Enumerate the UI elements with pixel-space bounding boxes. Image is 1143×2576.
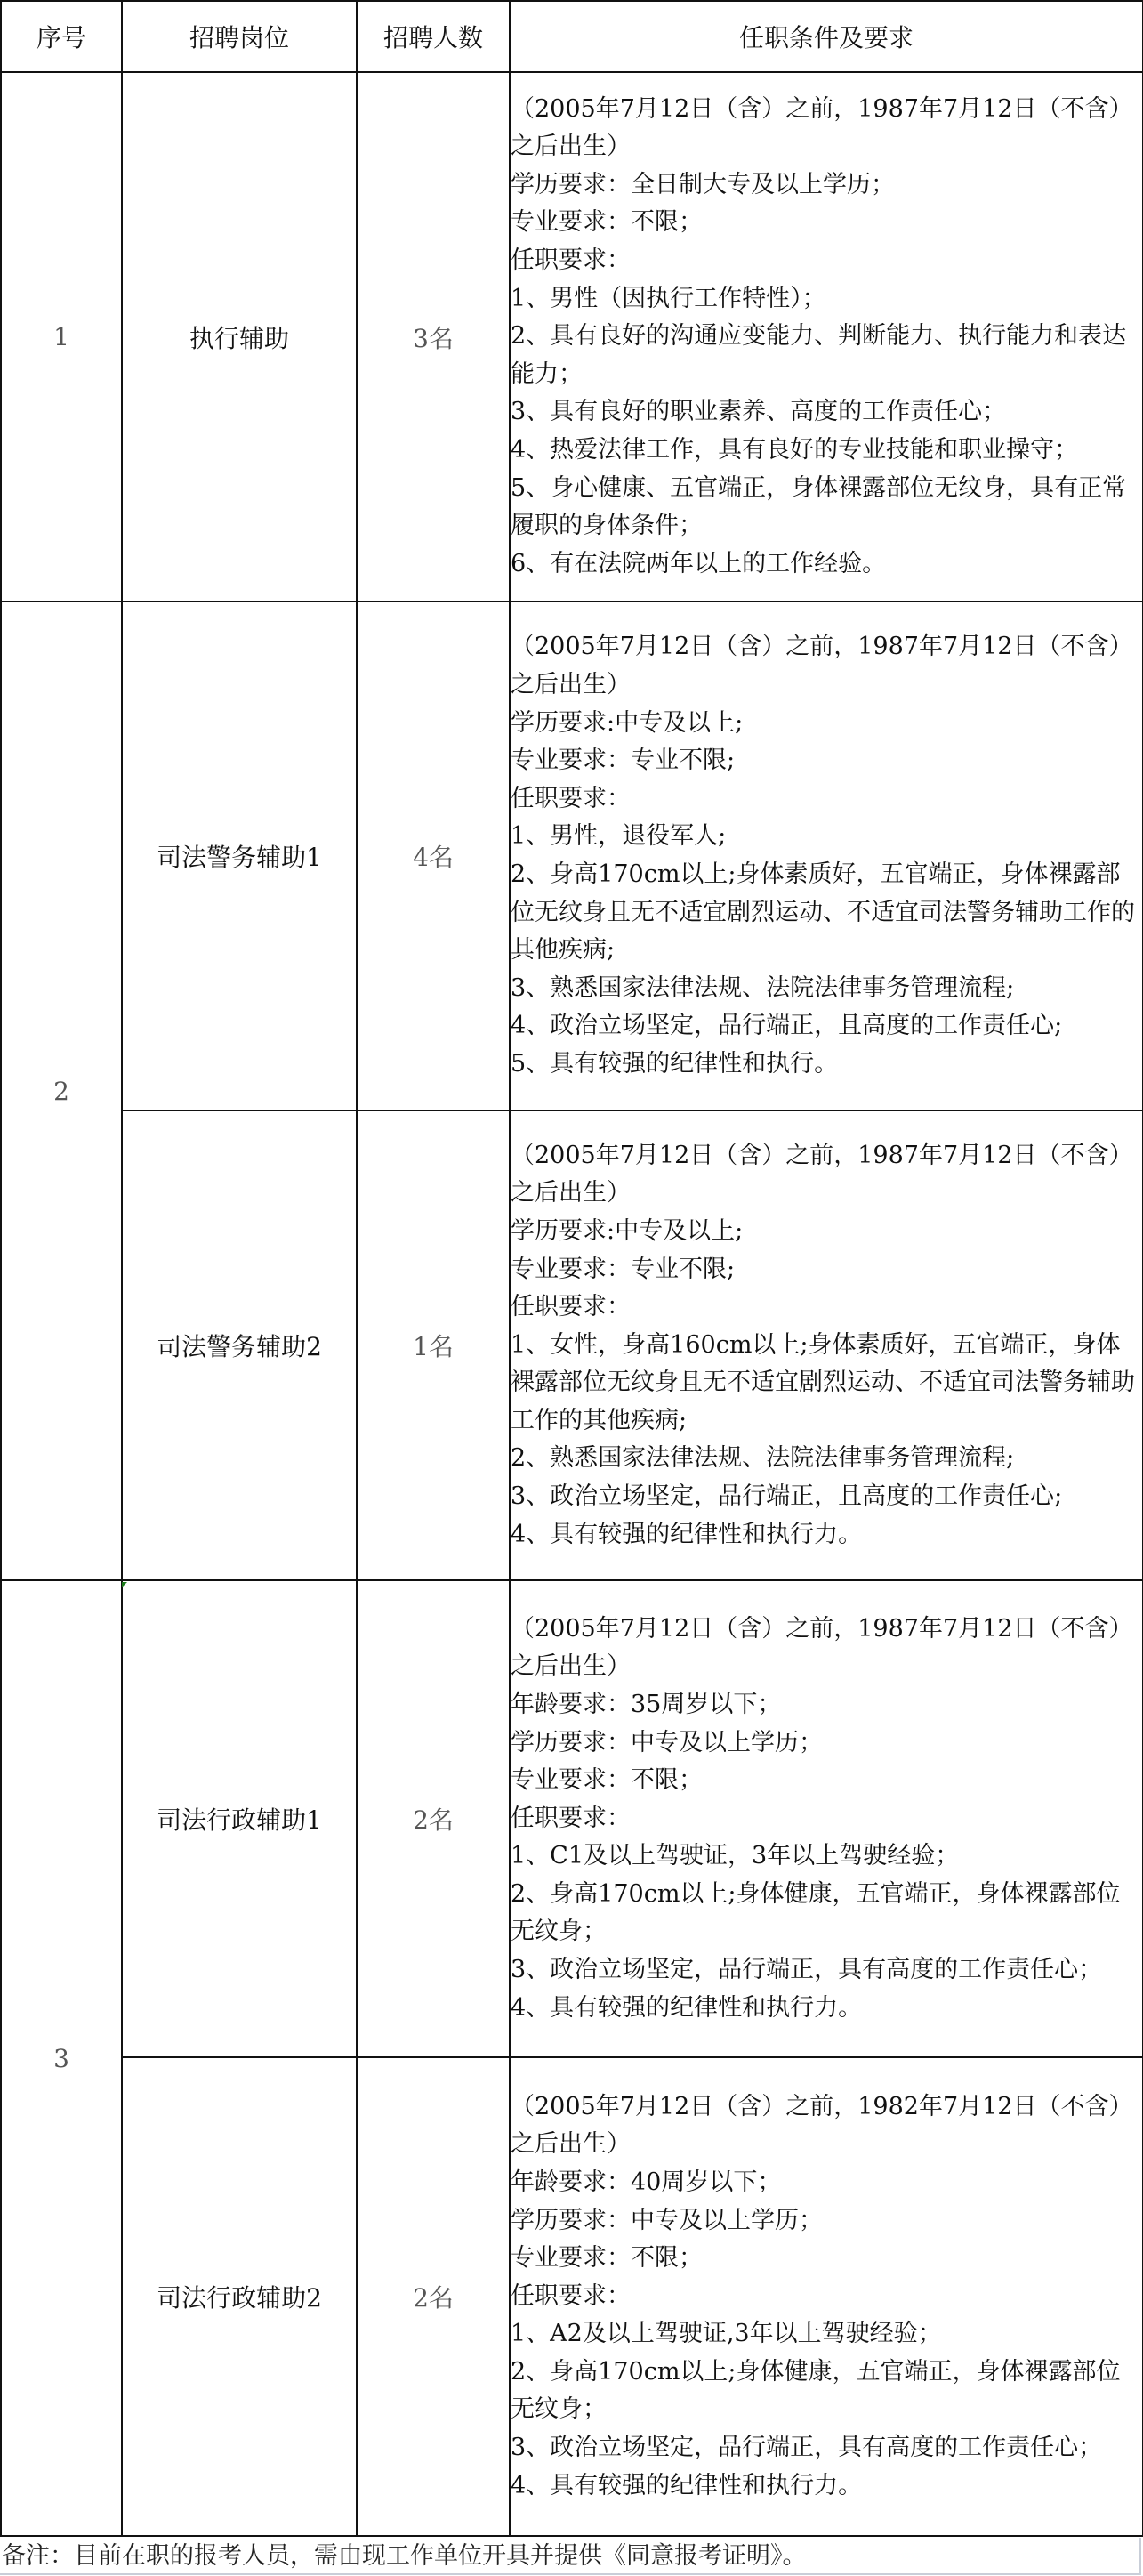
table-row: 司法行政辅助2 2名 （2005年7月12日（含）之前，1982年7月12日（不… (1, 2057, 1143, 2536)
requirement-line: 1、男性，退役军人; (511, 818, 1142, 856)
requirement-line: （2005年7月12日（含）之前，1987年7月12日（不含）之后出生） (511, 1611, 1142, 1686)
requirement-line: 3、政治立场坚定，品行端正，且高度的工作责任心; (511, 1478, 1142, 1516)
table-row: 1 执行辅助 3名 （2005年7月12日（含）之前，1987年7月12日（不含… (1, 72, 1143, 602)
requirement-line: （2005年7月12日（含）之前，1987年7月12日（不含）之后出生） (511, 628, 1142, 704)
recruitment-table: 序号 招聘岗位 招聘人数 任职条件及要求 1 执行辅助 3名 （2005年7月1… (0, 0, 1143, 2537)
position-title: 司法警务辅助1 (122, 602, 357, 1110)
requirement-line: 3、政治立场坚定，品行端正，具有高度的工作责任心； (511, 2429, 1142, 2467)
requirement-line: 任职要求： (511, 1288, 1142, 1327)
requirement-line: 2、具有良好的沟通应变能力、判断能力、执行能力和表达能力； (511, 318, 1142, 393)
table-row: 2 司法警务辅助1 4名 （2005年7月12日（含）之前，1987年7月12日… (1, 602, 1143, 1110)
requirements-cell: （2005年7月12日（含）之前，1987年7月12日（不含）之后出生） 学历要… (510, 602, 1143, 1110)
seq-cell: 1 (1, 72, 122, 602)
requirement-line: 4、热爱法律工作，具有良好的专业技能和职业操守； (511, 432, 1142, 470)
requirement-line: 年龄要求：35周岁以下； (511, 1686, 1142, 1724)
requirement-line: 1、C1及以上驾驶证，3年以上驾驶经验； (511, 1837, 1142, 1876)
header-seq: 序号 (1, 1, 122, 72)
requirement-line: 1、A2及以上驾驶证,3年以上驾驶经验； (511, 2315, 1142, 2354)
requirement-line: 4、具有较强的纪律性和执行力。 (511, 2467, 1142, 2506)
header-position: 招聘岗位 (122, 1, 357, 72)
requirement-line: 1、女性，身高160cm以上;身体素质好，五官端正，身体裸露部位无纹身且无不适宜… (511, 1327, 1142, 1441)
requirements-cell: （2005年7月12日（含）之前，1987年7月12日（不含）之后出生） 学历要… (510, 1110, 1143, 1580)
position-count: 4名 (357, 602, 510, 1110)
position-title: 执行辅助 (122, 72, 357, 602)
position-count: 2名 (357, 1580, 510, 2057)
cell-corner-marker (122, 1582, 127, 1587)
footer-note: 备注：目前在职的报考人员，需由现工作单位开具并提供《同意报考证明》。 (0, 2538, 1141, 2575)
requirement-line: 2、身高170cm以上;身体素质好，五官端正，身体裸露部位无纹身且无不适宜剧烈运… (511, 856, 1142, 970)
table-header-row: 序号 招聘岗位 招聘人数 任职条件及要求 (1, 1, 1143, 72)
table-row: 司法警务辅助2 1名 （2005年7月12日（含）之前，1987年7月12日（不… (1, 1110, 1143, 1580)
requirement-line: 6、有在法院两年以上的工作经验。 (511, 545, 1142, 584)
position-count: 3名 (357, 72, 510, 602)
position-title: 司法行政辅助1 (122, 1580, 357, 2057)
requirement-line: 2、身高170cm以上;身体健康，五官端正，身体裸露部位无纹身； (511, 2354, 1142, 2429)
seq-cell: 2 (1, 602, 122, 1580)
requirement-line: 任职要求： (511, 1800, 1142, 1838)
requirement-line: 任职要求： (511, 2278, 1142, 2316)
requirement-line: 4、政治立场坚定，品行端正，且高度的工作责任心; (511, 1007, 1142, 1046)
requirement-line: 专业要求：不限； (511, 2240, 1142, 2278)
position-title: 司法警务辅助2 (122, 1110, 357, 1580)
requirement-line: 1、男性（因执行工作特性）； (511, 280, 1142, 319)
requirement-line: （2005年7月12日（含）之前，1987年7月12日（不含）之后出生） (511, 91, 1142, 166)
requirement-line: 任职要求： (511, 242, 1142, 280)
requirement-line: 专业要求：专业不限; (511, 1251, 1142, 1289)
requirement-line: 学历要求：全日制大专及以上学历； (511, 166, 1142, 205)
requirement-line: 任职要求： (511, 780, 1142, 819)
requirements-cell: （2005年7月12日（含）之前，1987年7月12日（不含）之后出生） 年龄要… (510, 1580, 1143, 2057)
requirement-line: （2005年7月12日（含）之前，1987年7月12日（不含）之后出生） (511, 1137, 1142, 1213)
requirement-line: 2、身高170cm以上;身体健康，五官端正，身体裸露部位无纹身； (511, 1876, 1142, 1951)
requirement-line: 专业要求：不限； (511, 204, 1142, 242)
position-count: 1名 (357, 1110, 510, 1580)
table-row: 3 司法行政辅助1 2名 （2005年7月12日（含）之前，1987年7月12日… (1, 1580, 1143, 2057)
requirement-line: 专业要求：专业不限; (511, 742, 1142, 780)
requirements-cell: （2005年7月12日（含）之前，1982年7月12日（不含）之后出生） 年龄要… (510, 2057, 1143, 2536)
requirement-line: 专业要求：不限； (511, 1762, 1142, 1800)
requirement-line: 5、具有较强的纪律性和执行。 (511, 1046, 1142, 1084)
requirement-line: 学历要求：中专及以上学历； (511, 1724, 1142, 1763)
requirement-line: 年龄要求：40周岁以下； (511, 2164, 1142, 2202)
requirement-line: 学历要求:中专及以上; (511, 705, 1142, 743)
requirement-line: （2005年7月12日（含）之前，1982年7月12日（不含）之后出生） (511, 2088, 1142, 2164)
requirement-line: 学历要求：中专及以上学历； (511, 2202, 1142, 2241)
requirements-cell: （2005年7月12日（含）之前，1987年7月12日（不含）之后出生） 学历要… (510, 72, 1143, 602)
header-requirements: 任职条件及要求 (510, 1, 1143, 72)
position-title: 司法行政辅助2 (122, 2057, 357, 2536)
position-count: 2名 (357, 2057, 510, 2536)
requirement-line: 4、具有较强的纪律性和执行力。 (511, 1516, 1142, 1554)
header-count: 招聘人数 (357, 1, 510, 72)
requirement-line: 5、身心健康、五官端正，身体裸露部位无纹身，具有正常履职的身体条件； (511, 470, 1142, 545)
requirement-line: 3、熟悉国家法律法规、法院法律事务管理流程; (511, 970, 1142, 1008)
requirement-line: 学历要求:中专及以上; (511, 1213, 1142, 1251)
seq-cell: 3 (1, 1580, 122, 2536)
requirement-line: 3、政治立场坚定，品行端正，具有高度的工作责任心； (511, 1951, 1142, 1990)
requirement-line: 2、熟悉国家法律法规、法院法律事务管理流程; (511, 1440, 1142, 1478)
requirement-line: 3、具有良好的职业素养、高度的工作责任心； (511, 393, 1142, 432)
requirement-line: 4、具有较强的纪律性和执行力。 (511, 1990, 1142, 2028)
